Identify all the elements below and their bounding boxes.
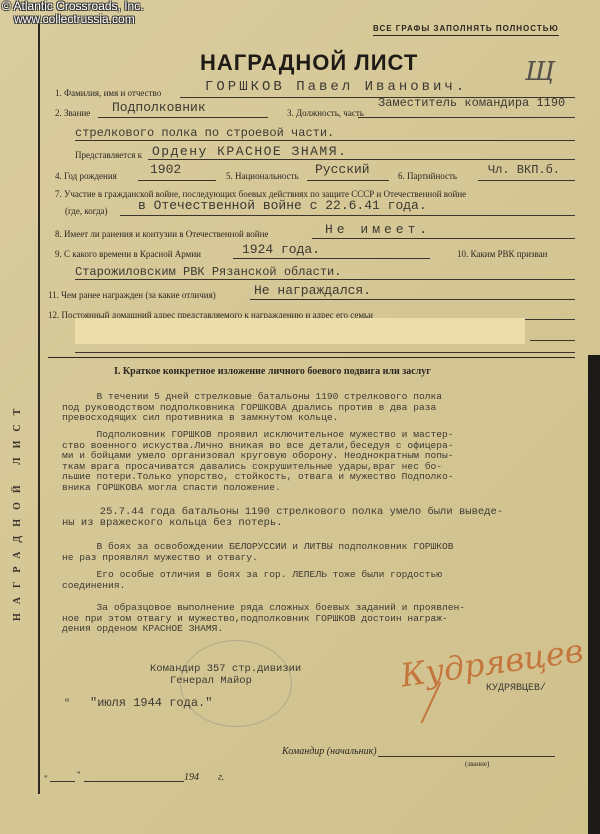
paragraph-3: 25.7.44 года батальоны 1190 стрелкового … bbox=[62, 507, 503, 528]
field-2-label: 2. Звание bbox=[55, 108, 90, 118]
footer-date-quote-1: " bbox=[44, 774, 48, 784]
copyright-watermark: © Atlantic Crossroads, Inc. www.collectr… bbox=[2, 0, 144, 26]
paragraph-5: Его особые отличия в боях за гор. ЛЕПЕЛЬ… bbox=[62, 570, 442, 591]
field-8-label: 8. Имеет ли ранения и контузии в Отечест… bbox=[55, 229, 268, 239]
field-3-value-continued: стрелкового полка по строевой части. bbox=[75, 126, 334, 140]
field-4-label: 4. Год рождения bbox=[55, 171, 117, 181]
handwritten-mark: Щ bbox=[525, 57, 555, 87]
presented-line bbox=[148, 159, 575, 160]
field-9-label: 9. С какого времени в Красной Армии bbox=[55, 249, 201, 259]
footer-day-line bbox=[50, 781, 75, 782]
footer-year-suffix: г. bbox=[218, 772, 224, 783]
field-11-label: 11. Чем ранее награжден (за какие отличи… bbox=[48, 290, 216, 300]
commander-line bbox=[378, 756, 555, 757]
field-4-line bbox=[138, 180, 216, 181]
field-3-value: Заместитель командира 1190 bbox=[378, 96, 565, 110]
footer-year: 194 bbox=[184, 772, 199, 783]
paragraph-1: В течении 5 дней стрелковые батальоны 11… bbox=[62, 392, 442, 424]
field-10-line bbox=[75, 279, 575, 280]
field-3-line bbox=[358, 117, 575, 118]
left-margin-rule bbox=[38, 24, 40, 794]
field-6-label: 6. Партийность bbox=[398, 171, 457, 181]
field-6-line bbox=[478, 180, 575, 181]
signoff-date: "июля 1944 года." bbox=[90, 698, 212, 709]
paragraph-4: В боях за освобождении БЕЛОРУССИИ и ЛИТВ… bbox=[62, 542, 454, 563]
page-edge-shadow bbox=[588, 355, 600, 834]
fill-all-fields-notice: ВСЕ ГРАФЫ ЗАПОЛНЯТЬ ПОЛНОСТЬЮ bbox=[373, 24, 559, 36]
field-7-label-2: (где, когда) bbox=[65, 206, 108, 216]
presented-value: Ордену КРАСНОЕ ЗНАМЯ. bbox=[152, 144, 347, 159]
presented-label: Представляется к bbox=[75, 150, 142, 160]
section-title: I. Краткое конкретное изложение личного … bbox=[114, 366, 431, 377]
side-label: НАГРАДНОЙ ЛИСТ bbox=[12, 300, 28, 720]
footer-month-line bbox=[84, 781, 184, 782]
field-11-value: Не награждался. bbox=[254, 283, 371, 298]
footer-date-quote-2: " bbox=[77, 770, 81, 780]
field-2-line bbox=[98, 117, 268, 118]
field-5-label: 5. Национальность bbox=[226, 171, 299, 181]
field-7-value: в Отечественной войне с 22.6.41 года. bbox=[138, 198, 427, 213]
field-11-line bbox=[250, 299, 575, 300]
field-3-label: 3. Должность, часть bbox=[287, 108, 364, 118]
field-9-value: 1924 года. bbox=[242, 242, 320, 257]
rank-caption: (звание) bbox=[465, 760, 489, 768]
signoff-commander: Командир 357 стр.дивизии bbox=[150, 664, 301, 675]
field-6-value: Чл. ВКП.б. bbox=[488, 163, 560, 177]
field-5-value: Русский bbox=[315, 162, 370, 177]
signoff-rank: Генерал Майор bbox=[170, 676, 252, 687]
field-3-line-2 bbox=[75, 140, 575, 141]
address-redaction bbox=[75, 318, 525, 344]
field-1-label: 1. Фамилия, имя и отчество bbox=[55, 88, 161, 98]
field-5-line bbox=[307, 180, 389, 181]
commander-label: Командир (начальник) bbox=[282, 746, 377, 757]
paragraph-2: Подполковник ГОРШКОВ проявил исключитель… bbox=[62, 430, 454, 494]
field-9-line bbox=[233, 258, 430, 259]
section-divider bbox=[48, 357, 575, 358]
field-7-line bbox=[120, 215, 575, 216]
field-8-value: Не имеет. bbox=[325, 222, 431, 237]
signoff-name: КУДРЯВЦЕВ/ bbox=[486, 684, 546, 695]
field-10-value: Старожиловским РВК Рязанской области. bbox=[75, 265, 341, 279]
field-12-line-3 bbox=[75, 352, 575, 353]
field-1-value: ГОРШКОВ Павел Иванович. bbox=[205, 79, 467, 95]
field-8-line bbox=[312, 238, 575, 239]
paragraph-6: За образцовое выполнение ряда сложных бо… bbox=[62, 603, 465, 635]
watermark-line-2: www.collectrussia.com bbox=[2, 13, 144, 26]
field-2-value: Подполковник bbox=[112, 100, 206, 115]
field-4-value: 1902 bbox=[150, 162, 181, 177]
field-12-line-2 bbox=[530, 340, 575, 341]
field-10-label: 10. Каким РВК призван bbox=[457, 249, 547, 259]
signoff-date-mark: " bbox=[64, 700, 70, 711]
document-title: НАГРАДНОЙ ЛИСТ bbox=[200, 50, 418, 76]
